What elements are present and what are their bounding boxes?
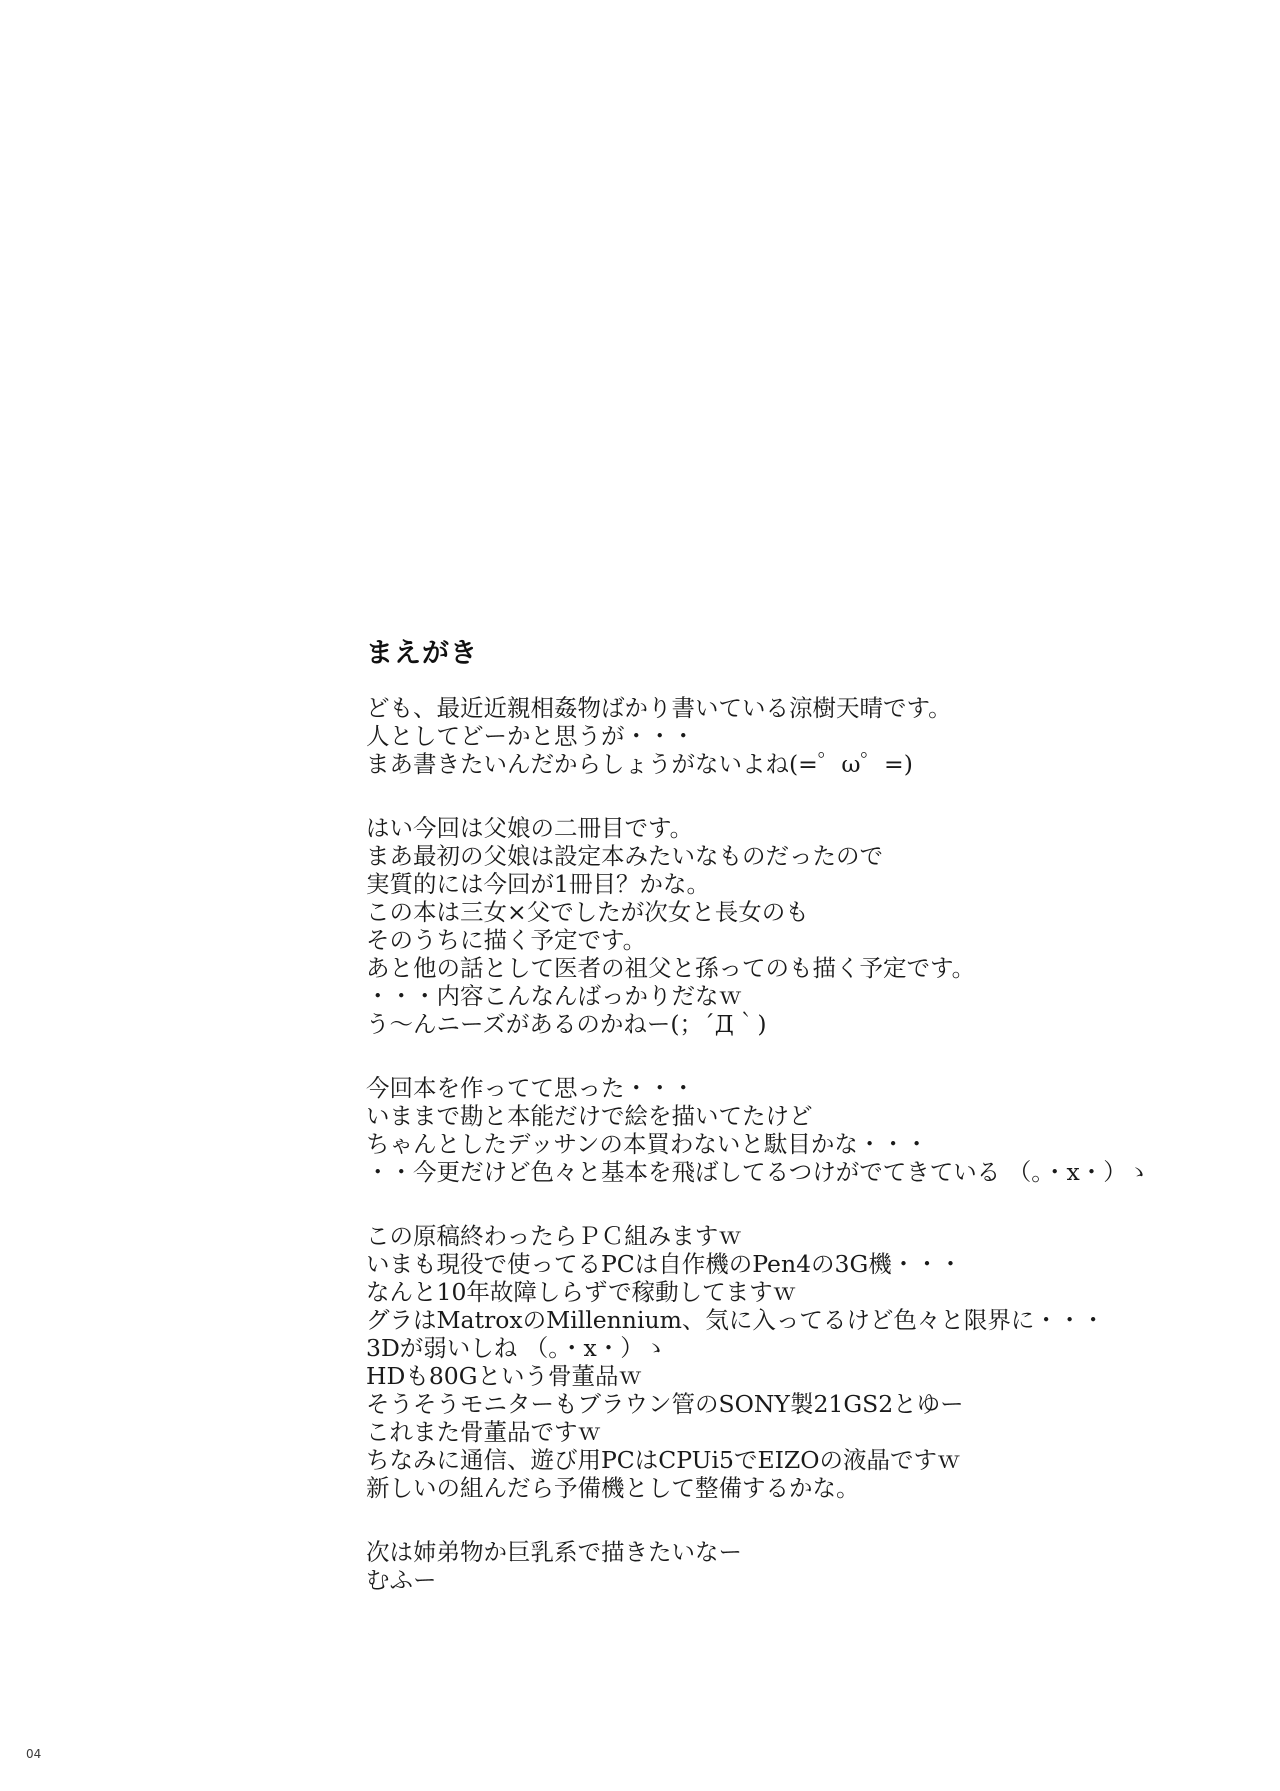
foreword-line: う～んニーズがあるのかねー(；´Д｀) (366, 1010, 1146, 1038)
document-page: まえがき ども、最近近親相姦物ばかり書いている涼樹天晴です。人としてどーかと思う… (0, 0, 1280, 1791)
foreword-line: ・・・内容こんなんばっかりだなｗ (366, 982, 1146, 1010)
foreword-paragraph: 今回本を作ってて思った・・・いままで勘と本能だけで絵を描いてたけどちゃんとしたデ… (366, 1074, 1146, 1186)
foreword-line: はい今回は父娘の二冊目です。 (366, 814, 1146, 842)
foreword-paragraph: はい今回は父娘の二冊目です。まあ最初の父娘は設定本みたいなものだったので実質的に… (366, 814, 1146, 1038)
foreword-line: グラはMatroxのMillennium、気に入ってるけど色々と限界に・・・ (366, 1306, 1146, 1334)
foreword-line: 今回本を作ってて思った・・・ (366, 1074, 1146, 1102)
foreword-line: 3Dが弱いしね （。・x・）ゝ (366, 1334, 1146, 1362)
page-title: まえがき (366, 640, 1146, 668)
foreword-paragraph: 次は姉弟物か巨乳系で描きたいなーむふー (366, 1538, 1146, 1594)
foreword-line: まあ書きたいんだからしょうがないよね(=゜ω゜=) (366, 750, 1146, 778)
foreword-body: ども、最近近親相姦物ばかり書いている涼樹天晴です。人としてどーかと思うが・・・ま… (366, 694, 1146, 1594)
foreword-line: この本は三女×父でしたが次女と長女のも (366, 898, 1146, 926)
foreword-line: ちゃんとしたデッサンの本買わないと駄目かな・・・ (366, 1130, 1146, 1158)
foreword-line: そのうちに描く予定です。 (366, 926, 1146, 954)
foreword-line: まあ最初の父娘は設定本みたいなものだったので (366, 842, 1146, 870)
foreword-line: 実質的には今回が1冊目？かな。 (366, 870, 1146, 898)
foreword-line: いまも現役で使ってるPCは自作機のPen4の3G機・・・ (366, 1250, 1146, 1278)
foreword-line: いままで勘と本能だけで絵を描いてたけど (366, 1102, 1146, 1130)
page-number: 04 (26, 1747, 41, 1761)
foreword-line: なんと10年故障しらずで稼動してますｗ (366, 1278, 1146, 1306)
foreword-line: あと他の話として医者の祖父と孫ってのも描く予定です。 (366, 954, 1146, 982)
foreword-line: ども、最近近親相姦物ばかり書いている涼樹天晴です。 (366, 694, 1146, 722)
foreword-paragraph: この原稿終わったらＰＣ組みますｗいまも現役で使ってるPCは自作機のPen4の3G… (366, 1222, 1146, 1502)
foreword-paragraph: ども、最近近親相姦物ばかり書いている涼樹天晴です。人としてどーかと思うが・・・ま… (366, 694, 1146, 778)
foreword-line: HDも80Gという骨董品ｗ (366, 1362, 1146, 1390)
foreword-line: むふー (366, 1566, 1146, 1594)
foreword-line: ・・今更だけど色々と基本を飛ばしてるつけがでてきている （。・x・）ゝ (366, 1158, 1146, 1186)
foreword-line: 新しいの組んだら予備機として整備するかな。 (366, 1474, 1146, 1502)
foreword-section: まえがき ども、最近近親相姦物ばかり書いている涼樹天晴です。人としてどーかと思う… (366, 640, 1146, 1594)
foreword-line: この原稿終わったらＰＣ組みますｗ (366, 1222, 1146, 1250)
foreword-line: 次は姉弟物か巨乳系で描きたいなー (366, 1538, 1146, 1566)
foreword-line: 人としてどーかと思うが・・・ (366, 722, 1146, 750)
foreword-line: これまた骨董品ですｗ (366, 1418, 1146, 1446)
foreword-line: ちなみに通信、遊び用PCはCPUi5でEIZOの液晶ですｗ (366, 1446, 1146, 1474)
foreword-line: そうそうモニターもブラウン管のSONY製21GS2とゆー (366, 1390, 1146, 1418)
